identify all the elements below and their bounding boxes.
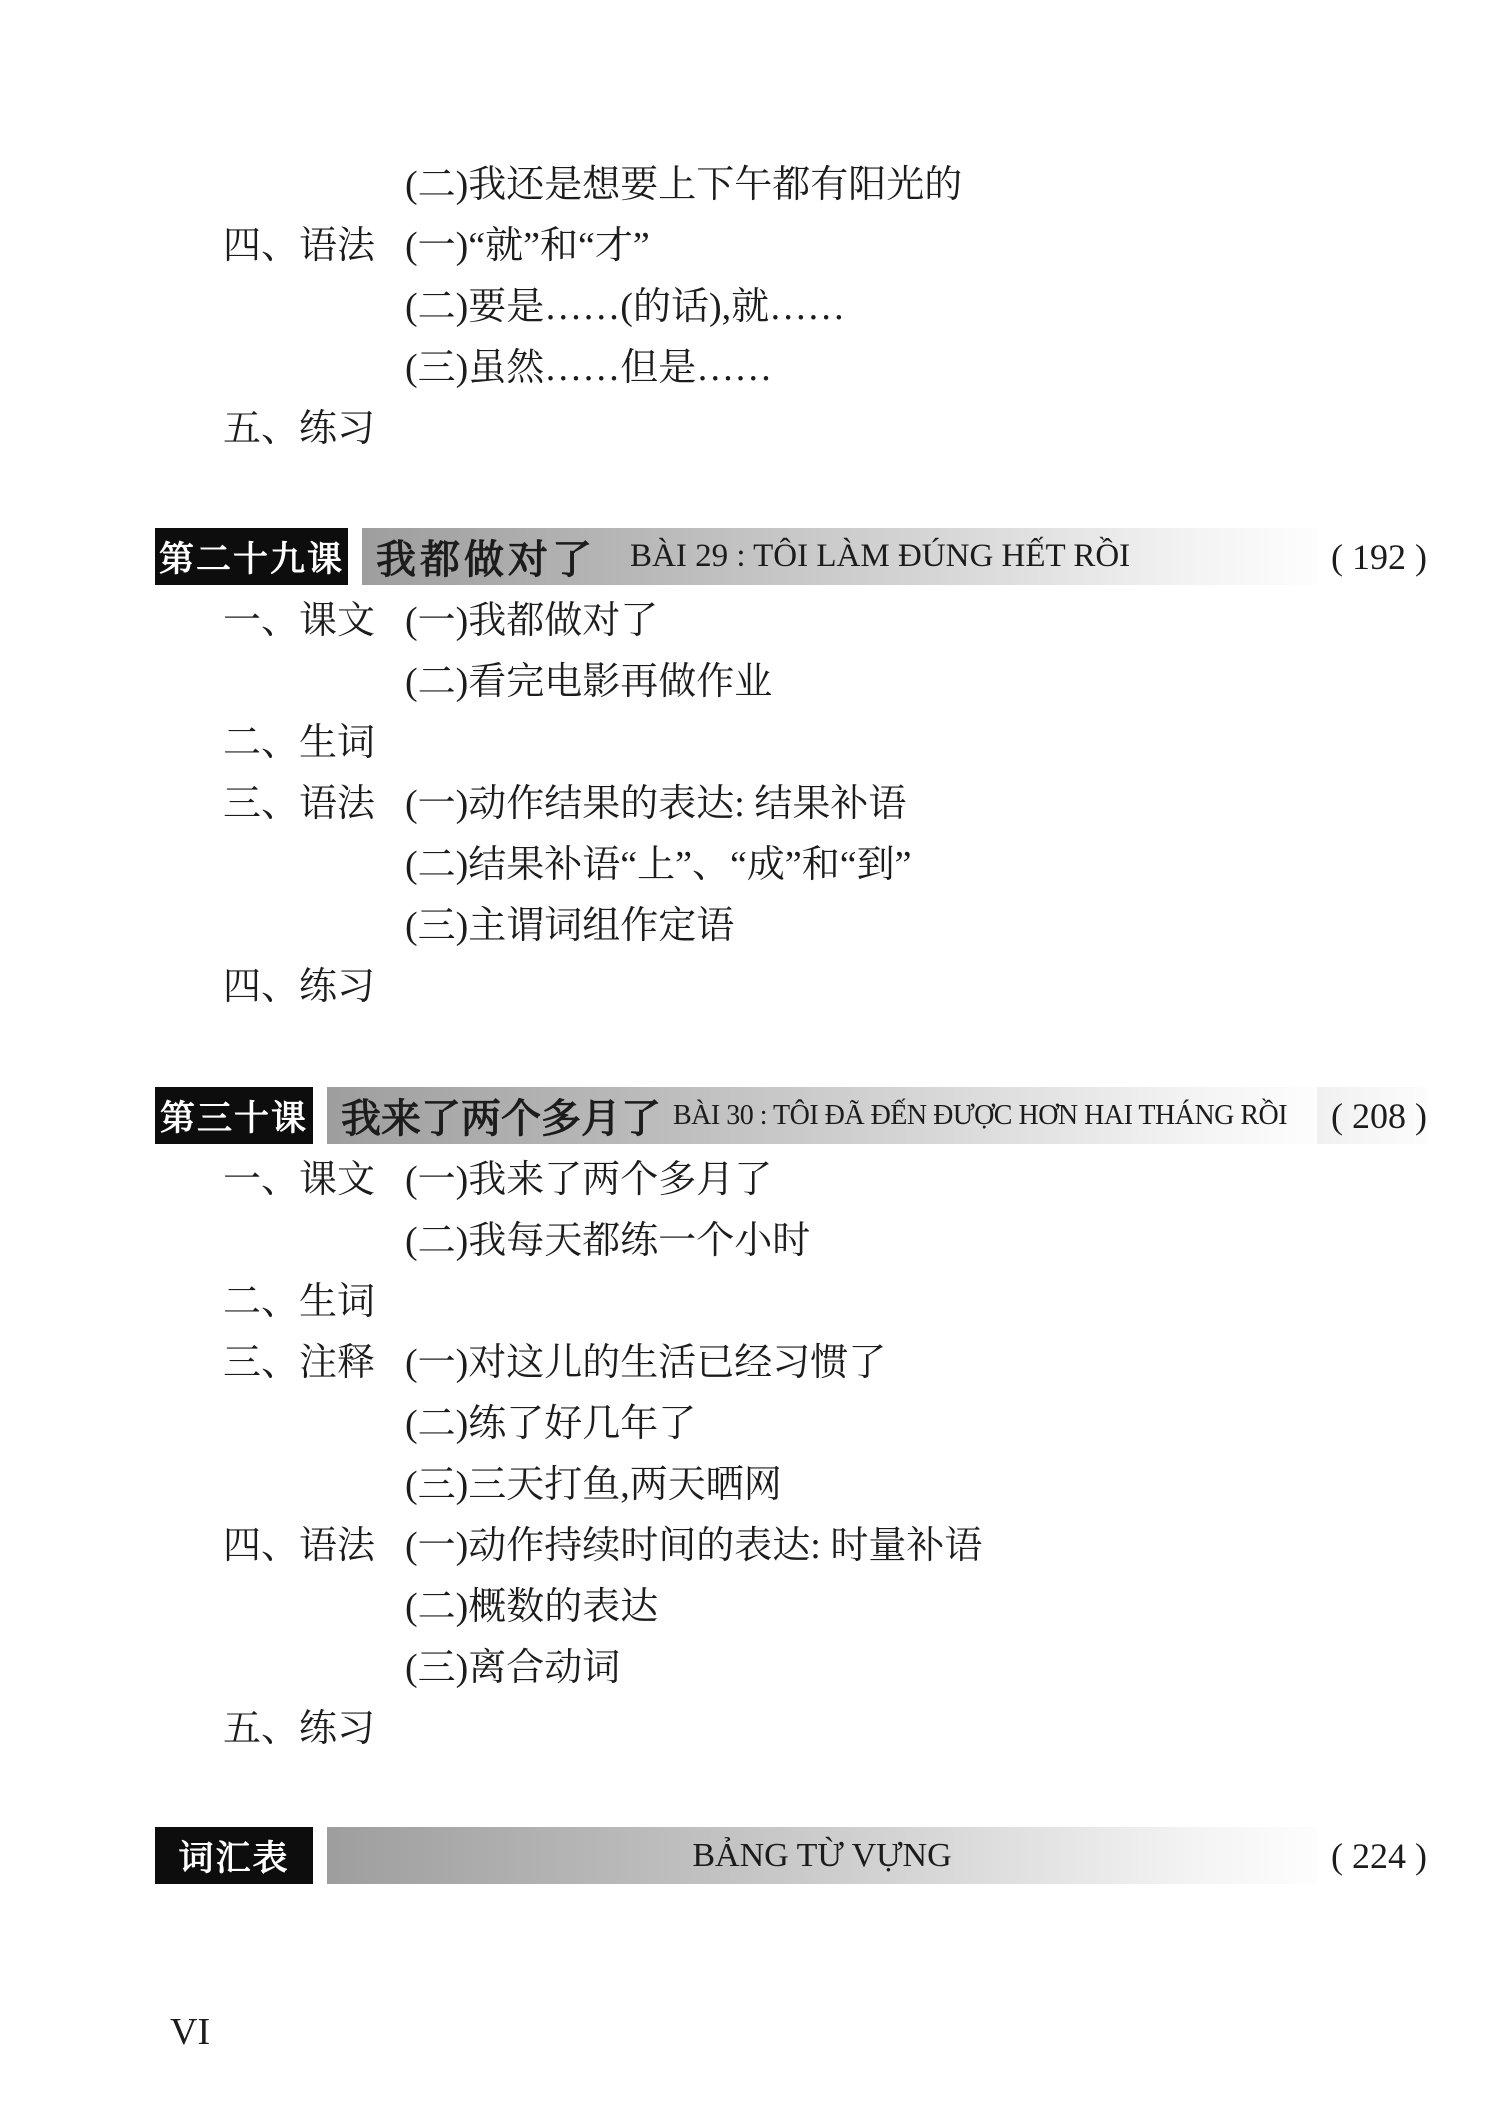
toc-row: 四、练习 [0, 956, 1512, 1017]
toc-row: 三、语法 (一)动作结果的表达: 结果补语 [0, 773, 1512, 834]
toc-label: 三、语法 [223, 785, 405, 823]
toc-item: (一)动作结果的表达: 结果补语 [405, 785, 906, 823]
toc-row: (三)虽然……但是…… [0, 337, 1512, 398]
toc-item: (二)我还是想要上下午都有阳光的 [405, 166, 962, 204]
toc-item: (一)“就”和“才” [405, 227, 650, 265]
vocab-title-vi: BẢNG TỪ VỰNG [692, 1837, 951, 1875]
toc-row: (三)三天打鱼,两天晒网 [0, 1454, 1512, 1515]
toc-label: 五、练习 [223, 1710, 405, 1748]
toc-label: 三、注释 [223, 1344, 405, 1382]
lesson-29-number-box: 第二十九课 [155, 528, 348, 585]
toc-item: (一)我都做对了 [405, 602, 658, 640]
toc-item: (一)动作持续时间的表达: 时量补语 [405, 1527, 982, 1565]
lesson-29-toc-block: 一、课文 (一)我都做对了 (二)看完电影再做作业 二、生词 三、语法 (一)动… [0, 590, 1512, 1017]
toc-row: (二)看完电影再做作业 [0, 651, 1512, 712]
toc-row: 五、练习 [0, 1698, 1512, 1759]
lesson-30-page-ref: ( 208 ) [1317, 1087, 1427, 1144]
toc-item: (三)三天打鱼,两天晒网 [405, 1466, 782, 1504]
toc-row: 四、语法 (一)动作持续时间的表达: 时量补语 [0, 1515, 1512, 1576]
toc-row: (二)练了好几年了 [0, 1393, 1512, 1454]
toc-label: 四、语法 [223, 1527, 405, 1565]
toc-row: (二)我还是想要上下午都有阳光的 [0, 154, 1512, 215]
toc-label: 一、课文 [223, 1161, 405, 1199]
toc-label: 一、课文 [223, 602, 405, 640]
vocab-title-bar: BẢNG TỪ VỰNG [327, 1827, 1317, 1884]
toc-item: (三)主谓词组作定语 [405, 907, 734, 945]
toc-row: 三、注释 (一)对这儿的生活已经习惯了 [0, 1332, 1512, 1393]
toc-label: 二、生词 [223, 1283, 405, 1321]
vocab-number-box: 词汇表 [155, 1827, 313, 1884]
toc-label: 四、语法 [223, 227, 405, 265]
lesson-30-number-box: 第三十课 [155, 1087, 313, 1144]
lesson-30-title-cn: 我来了两个多月了 [341, 1087, 661, 1144]
footer-page-number: VI [170, 2013, 1512, 2051]
toc-item: (二)要是……(的话),就…… [405, 288, 845, 326]
lesson-29-page-ref: ( 192 ) [1317, 528, 1427, 585]
intro-toc-block: (二)我还是想要上下午都有阳光的 四、语法 (一)“就”和“才” (二)要是……… [0, 154, 1512, 459]
lesson-30-toc-block: 一、课文 (一)我来了两个多月了 (二)我每天都练一个小时 二、生词 三、注释 … [0, 1149, 1512, 1759]
toc-item: (二)我每天都练一个小时 [405, 1222, 810, 1260]
toc-item: (二)看完电影再做作业 [405, 663, 772, 701]
lesson-29-title-vi: BÀI 29 : TÔI LÀM ĐÚNG HẾT RỒI [630, 538, 1130, 575]
toc-row: (二)结果补语“上”、“成”和“到” [0, 834, 1512, 895]
toc-item: (三)离合动词 [405, 1649, 620, 1687]
toc-label: 四、练习 [223, 968, 405, 1006]
vocab-page-ref: ( 224 ) [1317, 1827, 1427, 1884]
toc-row: 一、课文 (一)我来了两个多月了 [0, 1149, 1512, 1210]
lesson-29-header: 第二十九课 我都做对了 BÀI 29 : TÔI LÀM ĐÚNG HẾT RỒ… [155, 528, 1427, 585]
toc-item: (二)结果补语“上”、“成”和“到” [405, 846, 912, 884]
toc-row: (二)概数的表达 [0, 1576, 1512, 1637]
toc-row: (二)我每天都练一个小时 [0, 1210, 1512, 1271]
lesson-30-title-bar: 我来了两个多月了 BÀI 30 : TÔI ĐÃ ĐẾN ĐƯỢC HƠN HA… [327, 1087, 1317, 1144]
toc-row: 四、语法 (一)“就”和“才” [0, 215, 1512, 276]
toc-label: 二、生词 [223, 724, 405, 762]
toc-row: 二、生词 [0, 712, 1512, 773]
lesson-30-header: 第三十课 我来了两个多月了 BÀI 30 : TÔI ĐÃ ĐẾN ĐƯỢC H… [155, 1087, 1427, 1144]
lesson-29-title-cn: 我都做对了 [376, 528, 596, 585]
toc-row: (三)离合动词 [0, 1637, 1512, 1698]
toc-row: (三)主谓词组作定语 [0, 895, 1512, 956]
toc-row: 一、课文 (一)我都做对了 [0, 590, 1512, 651]
toc-item: (三)虽然……但是…… [405, 349, 772, 387]
toc-row: 二、生词 [0, 1271, 1512, 1332]
toc-item: (二)练了好几年了 [405, 1405, 696, 1443]
toc-item: (一)对这儿的生活已经习惯了 [405, 1344, 886, 1382]
lesson-29-title-bar: 我都做对了 BÀI 29 : TÔI LÀM ĐÚNG HẾT RỒI [362, 528, 1317, 585]
toc-item: (二)概数的表达 [405, 1588, 658, 1626]
toc-row: 五、练习 [0, 398, 1512, 459]
toc-page: (二)我还是想要上下午都有阳光的 四、语法 (一)“就”和“才” (二)要是……… [0, 0, 1512, 2119]
vocab-header: 词汇表 BẢNG TỪ VỰNG ( 224 ) [155, 1827, 1427, 1884]
toc-row: (二)要是……(的话),就…… [0, 276, 1512, 337]
lesson-30-title-vi: BÀI 30 : TÔI ĐÃ ĐẾN ĐƯỢC HƠN HAI THÁNG R… [673, 1100, 1287, 1132]
toc-label: 五、练习 [223, 410, 405, 448]
toc-item: (一)我来了两个多月了 [405, 1161, 772, 1199]
